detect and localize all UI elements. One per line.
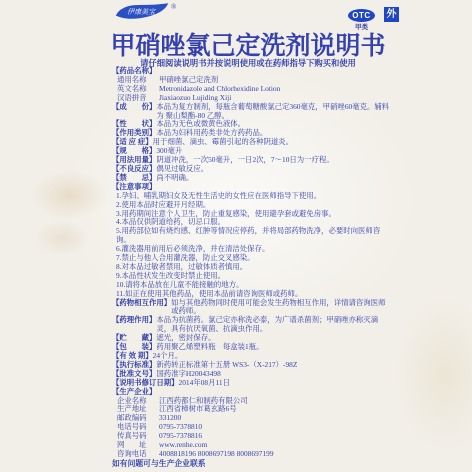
kv-row: 生产地址江西省樟树市葛玄路6号 <box>112 405 392 414</box>
brand-name: 伊康美宝 <box>127 8 156 16</box>
kv-value: 4008818196 8008697198 8008697199 <box>159 450 392 459</box>
kv-row: 英文名称Metronidazole and Chlorhexidine Loti… <box>112 85 392 94</box>
kv-row: 传真号码0795-7378816 <box>112 432 392 441</box>
section-row: 【药理作用】本品为抗菌药。氯己定亦称洗必泰，为广谱杀菌剂；甲硝唑亦称灭滴灵，具有… <box>112 316 392 334</box>
section-text: 用于细菌、滴虫、霉菌引起的各种阴道炎。 <box>153 138 392 147</box>
section-row: 【药品名称】 <box>112 67 392 76</box>
footer-note: 如有问题可与生产企业联系 <box>112 460 392 469</box>
section-text: 本品为抗菌药。氯己定亦称洗必泰，为广谱杀菌剂；甲硝唑亦称灭滴灵，具有抗厌氧菌、抗… <box>156 316 392 334</box>
brand-logo: 伊康美宝 <box>114 2 170 22</box>
section-text: 尚不明确。 <box>156 174 392 183</box>
brand-swoosh-icon: 伊康美宝 <box>114 2 170 22</box>
section-row: 【药物相互作用】如与其他药物同时使用可能会发生药物相互作用，详情请咨询医师或药师… <box>112 299 392 317</box>
list-item-text: 5.用药部位如有烧灼感、红肿等情况应停药，并将局部药物洗净，必要时向医师咨询。 <box>116 227 392 245</box>
kv-row: 电话号码0795-7378810 <box>112 423 392 432</box>
kv-row: 企业名称江西药都仁和制药有限公司 <box>112 397 392 406</box>
section-row: 【成 份】本品为复方制剂，每瓶含葡萄糖酸氯己定360毫克，甲硝唑60毫克。辅料为… <box>112 103 392 121</box>
kv-key: 咨询电话 <box>117 450 159 459</box>
section-label: 【药物相互作用】 <box>112 299 171 308</box>
list-item: 5.用药部位如有烧灼感、红肿等情况应停药，并将局部药物洗净，必要时向医师咨询。 <box>112 227 392 245</box>
section-text: 本品为复方制剂，每瓶含葡萄糖酸氯己定360毫克，甲硝唑60毫克。辅料为 聚山梨酯… <box>156 103 392 121</box>
kv-value: 江西省樟树市葛玄路6号 <box>159 405 392 414</box>
section-row: 【生产企业】 <box>112 388 392 397</box>
sections: 【药品名称】通用名称甲硝唑氯己定洗剂英文名称Metronidazole and … <box>112 67 392 459</box>
leaflet-body: 【药品名称】通用名称甲硝唑氯己定洗剂英文名称Metronidazole and … <box>112 67 392 469</box>
external-use-badge: 外 <box>384 7 399 22</box>
kv-row: 邮政编码331200 <box>112 414 392 423</box>
otc-badge: OTC <box>348 9 375 22</box>
registered-trademark-icon: ® <box>171 3 176 11</box>
section-label: 【药理作用】 <box>112 316 156 325</box>
section-text: 2014年08月11日 <box>179 379 392 388</box>
section-text: 如与其他药物同时使用可能会发生药物相互作用，详情请咨询医师或药师。 <box>171 299 392 317</box>
section-text: 药用聚乙烯塑料瓶 每盒装1瓶。 <box>156 343 392 352</box>
section-label: 【成 份】 <box>112 103 156 112</box>
kv-row: 咨询电话4008818196 8008697198 8008697199 <box>112 450 392 459</box>
